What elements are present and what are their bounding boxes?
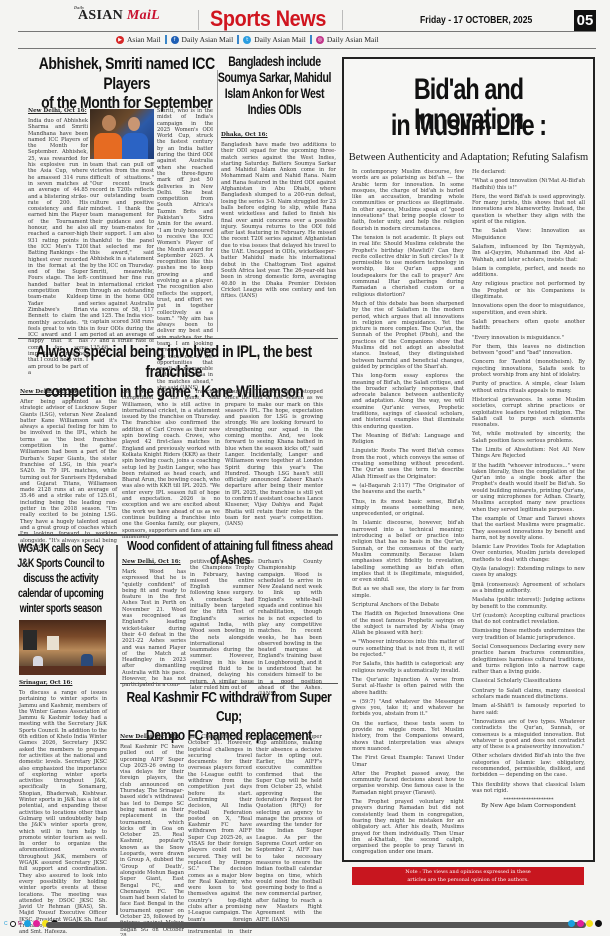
bidah-paragraph: Salafi preachers often quote another had… xyxy=(472,319,585,332)
player-face-smriti xyxy=(128,117,140,131)
williamson-body-2: the IPL, the best franchise competition … xyxy=(122,389,220,540)
wgajk-body: To discuss a range of issues pertaining … xyxy=(19,690,107,936)
bidah-title-line2: in Muslim Life : xyxy=(371,111,565,141)
logo-asian: ASIAN xyxy=(78,8,123,23)
bidah-paragraph: Other scholars divided Bid'ah into the f… xyxy=(472,753,585,778)
header-rule xyxy=(18,48,596,49)
icc-column-1: New Delhi, Oct 16: India duo of Abhishek… xyxy=(28,108,88,376)
disclaimer-note: Note : The views and opinions expressed … xyxy=(352,867,584,885)
kashmir-body-2: and Chennaiyin FC on October 31. However… xyxy=(188,734,252,936)
bidah-paragraph: Social Consequences Declaring every new … xyxy=(472,644,585,675)
column-divider xyxy=(116,545,118,915)
wood-body-1: Mark Wood has expressed that he is "quie… xyxy=(122,569,186,689)
bidah-body-1: In contemporary Muslim discourse, few wo… xyxy=(352,169,464,856)
instagram-icon[interactable]: ◎ xyxy=(316,36,324,44)
bidah-paragraph: The tension is not academic. It plays ou… xyxy=(352,235,464,298)
bangladesh-body: Bangladesh have made two additions to th… xyxy=(221,142,336,299)
bidah-paragraph: In contemporary Muslim discourse, few wo… xyxy=(352,169,464,232)
kashmir-column-1: New Delhi, Oct 16: Real Kashmir FC have … xyxy=(120,734,184,936)
bidah-paragraph: Dismissing these methods undermines the … xyxy=(472,628,585,641)
social-divider xyxy=(165,35,167,44)
newspaper-page: Daily ASIAN MaiL Sports News Friday - 17… xyxy=(0,0,610,936)
social-facebook-label[interactable]: Daily Asian Mail xyxy=(182,35,234,44)
bidah-paragraph: Purity of practice. A simple, clear Isla… xyxy=(472,381,585,394)
social-divider xyxy=(310,35,312,44)
bidah-paragraph: The Prophet prayed voluntary night praye… xyxy=(352,799,464,856)
kashmir-column-2: and Chennaiyin FC on October 31. However… xyxy=(188,734,252,936)
cyan-dot-icon xyxy=(568,920,575,927)
bidah-paragraph: "Every innovation is misguidance." xyxy=(472,335,585,341)
icc-body-2: team that can pull off victories from th… xyxy=(90,162,154,351)
bidah-column-2: He declared:"What a good innovation (Ni'… xyxy=(472,169,585,809)
bidah-paragraph: Islamic Law Provides Tools for Adaptatio… xyxy=(472,544,585,563)
bidah-paragraph: After the Prophet passed away, the commu… xyxy=(352,771,464,796)
williamson-body-1: After being appointed as the strategic a… xyxy=(20,399,117,550)
header-divider xyxy=(198,10,199,30)
kashmir-column-3: were key to their Super Cup ambitions, m… xyxy=(256,734,322,923)
bidah-paragraph: "Innovations are of two types. Whatever … xyxy=(472,719,585,750)
header-divider xyxy=(342,10,343,30)
social-links: ▶ Asian Mail f Daily Asian Mail t Daily … xyxy=(116,34,379,45)
section-rule xyxy=(120,683,338,684)
bidah-paragraph: Qiyās (analogy): Extending rulings to ne… xyxy=(472,566,585,579)
wood-column-3: Durham's County Championship campaign. W… xyxy=(258,559,322,698)
bidah-column-1: In contemporary Muslim discourse, few wo… xyxy=(352,169,464,859)
bidah-subtitle: Between Authenticity and Adaptation; Ref… xyxy=(344,152,593,163)
bidah-paragraph: Maslaha (public interest): Judging actio… xyxy=(472,597,585,610)
wgajk-headline: WGAJK calls on Secy J&K Sports Council t… xyxy=(10,542,111,617)
bangladesh-headline: Bangladesh include Soumya Sarkar, Mahidu… xyxy=(214,54,335,118)
bidah-paragraph: ⇒ (59:7) "And whatever the Messenger giv… xyxy=(352,699,464,718)
bidah-paragraph: ⇒ "Whoever introduces into this matter o… xyxy=(352,639,464,658)
wood-column-1: New Delhi, Oct 16: Mark Wood has express… xyxy=(122,559,186,689)
magenta-label: M xyxy=(18,921,22,927)
kashmir-dateline: New Delhi, Oct 16: xyxy=(120,734,184,740)
wood-body-2: petitive fixture since the Champions Tro… xyxy=(190,559,254,691)
icc-players-photo xyxy=(90,109,154,159)
bangladesh-article: Dhaka, Oct 16: Bangladesh have made two … xyxy=(221,132,336,299)
wgajk-dateline: Srinagar, Oct 16: xyxy=(19,680,107,686)
bidah-paragraph: Much of this debate has been sharpened b… xyxy=(352,301,464,370)
bidah-paragraph: For them, this leaves no distinction bet… xyxy=(472,344,585,357)
bottom-bar xyxy=(46,922,586,928)
williamson-body-3: proud of. "The work hasn't stopped since… xyxy=(225,389,323,528)
bidah-byline: By New Age Islam Correspondent xyxy=(472,803,585,809)
bidah-paragraph: ⇒ (al-Baqarah 2:117) "The Originator of … xyxy=(352,483,464,496)
wood-body-3: Durham's County Championship campaign. W… xyxy=(258,559,322,698)
section-rule xyxy=(18,534,338,536)
header-rule xyxy=(18,31,596,32)
magenta-dot-icon xyxy=(33,920,40,927)
kashmir-body-1: Real Kashmir FC have pulled out of the u… xyxy=(120,744,184,936)
bidah-paragraph: Scriptural Anchors of the Debate xyxy=(352,602,464,608)
bidah-paragraph: But as we shall see, the story is far fr… xyxy=(352,586,464,599)
logo-mail: MaiL xyxy=(127,8,160,23)
bidah-paragraph: The First Great Example: Tarawi Under Um… xyxy=(352,755,464,768)
wgajk-meeting-photo xyxy=(19,620,106,675)
social-divider xyxy=(237,35,239,44)
bidah-paragraph: Salafism, influenced by Ibn Taymiyyah, I… xyxy=(472,244,585,263)
bidah-paragraph: If the hadith "whoever introduces..." we… xyxy=(472,463,585,513)
bidah-paragraph: Contrary to Salafi claims, many classica… xyxy=(472,688,585,701)
bidah-paragraph: "What a good innovation (Ni'Mat Al-Bid'a… xyxy=(472,178,585,191)
cyan-label: C xyxy=(4,921,8,927)
williamson-column-3: proud of. "The work hasn't stopped since… xyxy=(225,389,323,528)
social-instagram-label[interactable]: Daily Asian Mail xyxy=(327,35,379,44)
bidah-paragraph: Here, the word Bid'ah is used approvingl… xyxy=(472,194,585,225)
kashmir-headline-line1: Real Kashmir FC withdraw from Super Cup; xyxy=(121,689,337,727)
print-registration-right xyxy=(568,920,602,927)
bidah-paragraph: Historical grievances. In some Muslim so… xyxy=(472,397,585,428)
page-number: 05 xyxy=(574,10,596,32)
bidah-paragraph: Innovations open the door to misguidance… xyxy=(472,303,585,316)
photo-window xyxy=(23,630,37,650)
asian-mail-logo[interactable]: Daily ASIAN MaiL xyxy=(78,8,160,24)
disclaimer-line2: articles are the personal opinion of the… xyxy=(352,876,584,884)
williamson-column-1: New Delhi, Oct 16: After being appointed… xyxy=(20,389,117,550)
bidah-paragraph: He declared: xyxy=(472,169,585,175)
wgajk-article: Srinagar, Oct 16: To discuss a range of … xyxy=(19,680,107,936)
photo-window xyxy=(47,636,59,650)
bidah-article-box: Bid'ah and Innovation in Muslim Life : B… xyxy=(342,57,595,862)
youtube-icon[interactable]: ▶ xyxy=(116,36,124,44)
kashmir-body-3: were key to their Super Cup ambitions, m… xyxy=(256,734,322,923)
bidah-paragraph: The Qur'anic Injunction A verse from Sur… xyxy=(352,677,464,696)
section-rule xyxy=(18,338,338,339)
logo-daily-text: Daily xyxy=(74,5,84,10)
williamson-column-2: the IPL, the best franchise competition … xyxy=(122,389,220,540)
icc-column-2: team that can pull off victories from th… xyxy=(90,162,154,351)
bidah-paragraph: For Salafis, this hadith is categorical:… xyxy=(352,661,464,674)
issue-date: Friday - 17 OCTOBER, 2025 xyxy=(420,14,532,26)
twitter-icon[interactable]: t xyxy=(243,36,251,44)
photo-table xyxy=(19,666,106,675)
bidah-paragraph: The Limits of Absolutism: Not All New Th… xyxy=(472,447,585,460)
bidah-body-2: He declared:"What a good innovation (Ni'… xyxy=(472,169,585,794)
magenta-dot-icon xyxy=(577,920,584,927)
bidah-paragraph: This flexibility shows that classical Is… xyxy=(472,782,585,795)
bidah-paragraph: In Islamic discourse, however, bid'ah na… xyxy=(352,520,464,583)
icc-headline: Abhishek, Smriti named ICC Players of th… xyxy=(14,54,240,113)
bidah-paragraph: Yet, while motivated by sincerity, the S… xyxy=(472,431,585,444)
bidah-paragraph: Linguistic Roots The word Bid'ah comes f… xyxy=(352,448,464,479)
bidah-paragraph: Urf (custom): Accepting cultural practic… xyxy=(472,613,585,626)
bidah-paragraph: On the surface, these texts seem to prov… xyxy=(352,721,464,752)
williamson-dateline: New Delhi, Oct 16: xyxy=(20,389,117,395)
disclaimer-line1: Note : The views and opinions expressed … xyxy=(352,868,584,876)
bidah-paragraph: This long-form essay explores the meanin… xyxy=(352,373,464,430)
section-title: Sports News xyxy=(210,6,326,32)
bidah-paragraph: Ijmā (consensus): Agreement of scholars … xyxy=(472,582,585,595)
yellow-dot-icon xyxy=(586,920,593,927)
wood-column-2: petitive fixture since the Champions Tro… xyxy=(190,559,254,691)
bidah-paragraph: The Meaning of Bid'ah: Language and Reli… xyxy=(352,433,464,446)
bidah-paragraph: Any religious practice not performed by … xyxy=(472,281,585,300)
wood-dateline: New Delhi, Oct 16: xyxy=(122,559,186,565)
bidah-paragraph: Concern for Tawhid (monotheism). By reje… xyxy=(472,359,585,378)
bidah-paragraph: Thus, in its most basic sense, Bid'ah si… xyxy=(352,499,464,518)
player-face-abhishek xyxy=(102,115,116,131)
bidah-paragraph: Imam al-Shāfi'ī is famously reported to … xyxy=(472,703,585,716)
masthead: Daily ASIAN MaiL Sports News Friday - 17… xyxy=(18,6,596,32)
black-dot-icon xyxy=(595,920,602,927)
social-twitter-label[interactable]: Daily Asian Mail xyxy=(254,35,306,44)
social-youtube-label[interactable]: Asian Mail xyxy=(127,35,161,44)
bidah-paragraph: The Salafi View: Innovation as Misguidan… xyxy=(472,228,585,241)
player-jersey xyxy=(94,133,122,159)
icc-headline-line1: Abhishek, Smriti named ICC Players xyxy=(14,54,240,93)
bangladesh-dateline: Dhaka, Oct 16: xyxy=(221,132,336,138)
registration-mark-icon xyxy=(10,921,16,927)
bidah-paragraph: Classical Scholarly Classifications xyxy=(472,678,585,684)
bidah-paragraph: The Hadith on Rejected Innovations One o… xyxy=(352,611,464,636)
facebook-icon[interactable]: f xyxy=(171,36,179,44)
cyan-dot-icon xyxy=(24,920,31,927)
icc-dateline: New Delhi, Oct 16: xyxy=(28,108,88,114)
bidah-paragraph: The example of Umar and Tarawi shows tha… xyxy=(472,516,585,541)
player-jersey xyxy=(122,133,148,159)
bidah-paragraph: Islam is complete, perfect, and needs no… xyxy=(472,266,585,279)
williamson-headline-line1: Always special being involved in IPL, th… xyxy=(18,342,330,382)
